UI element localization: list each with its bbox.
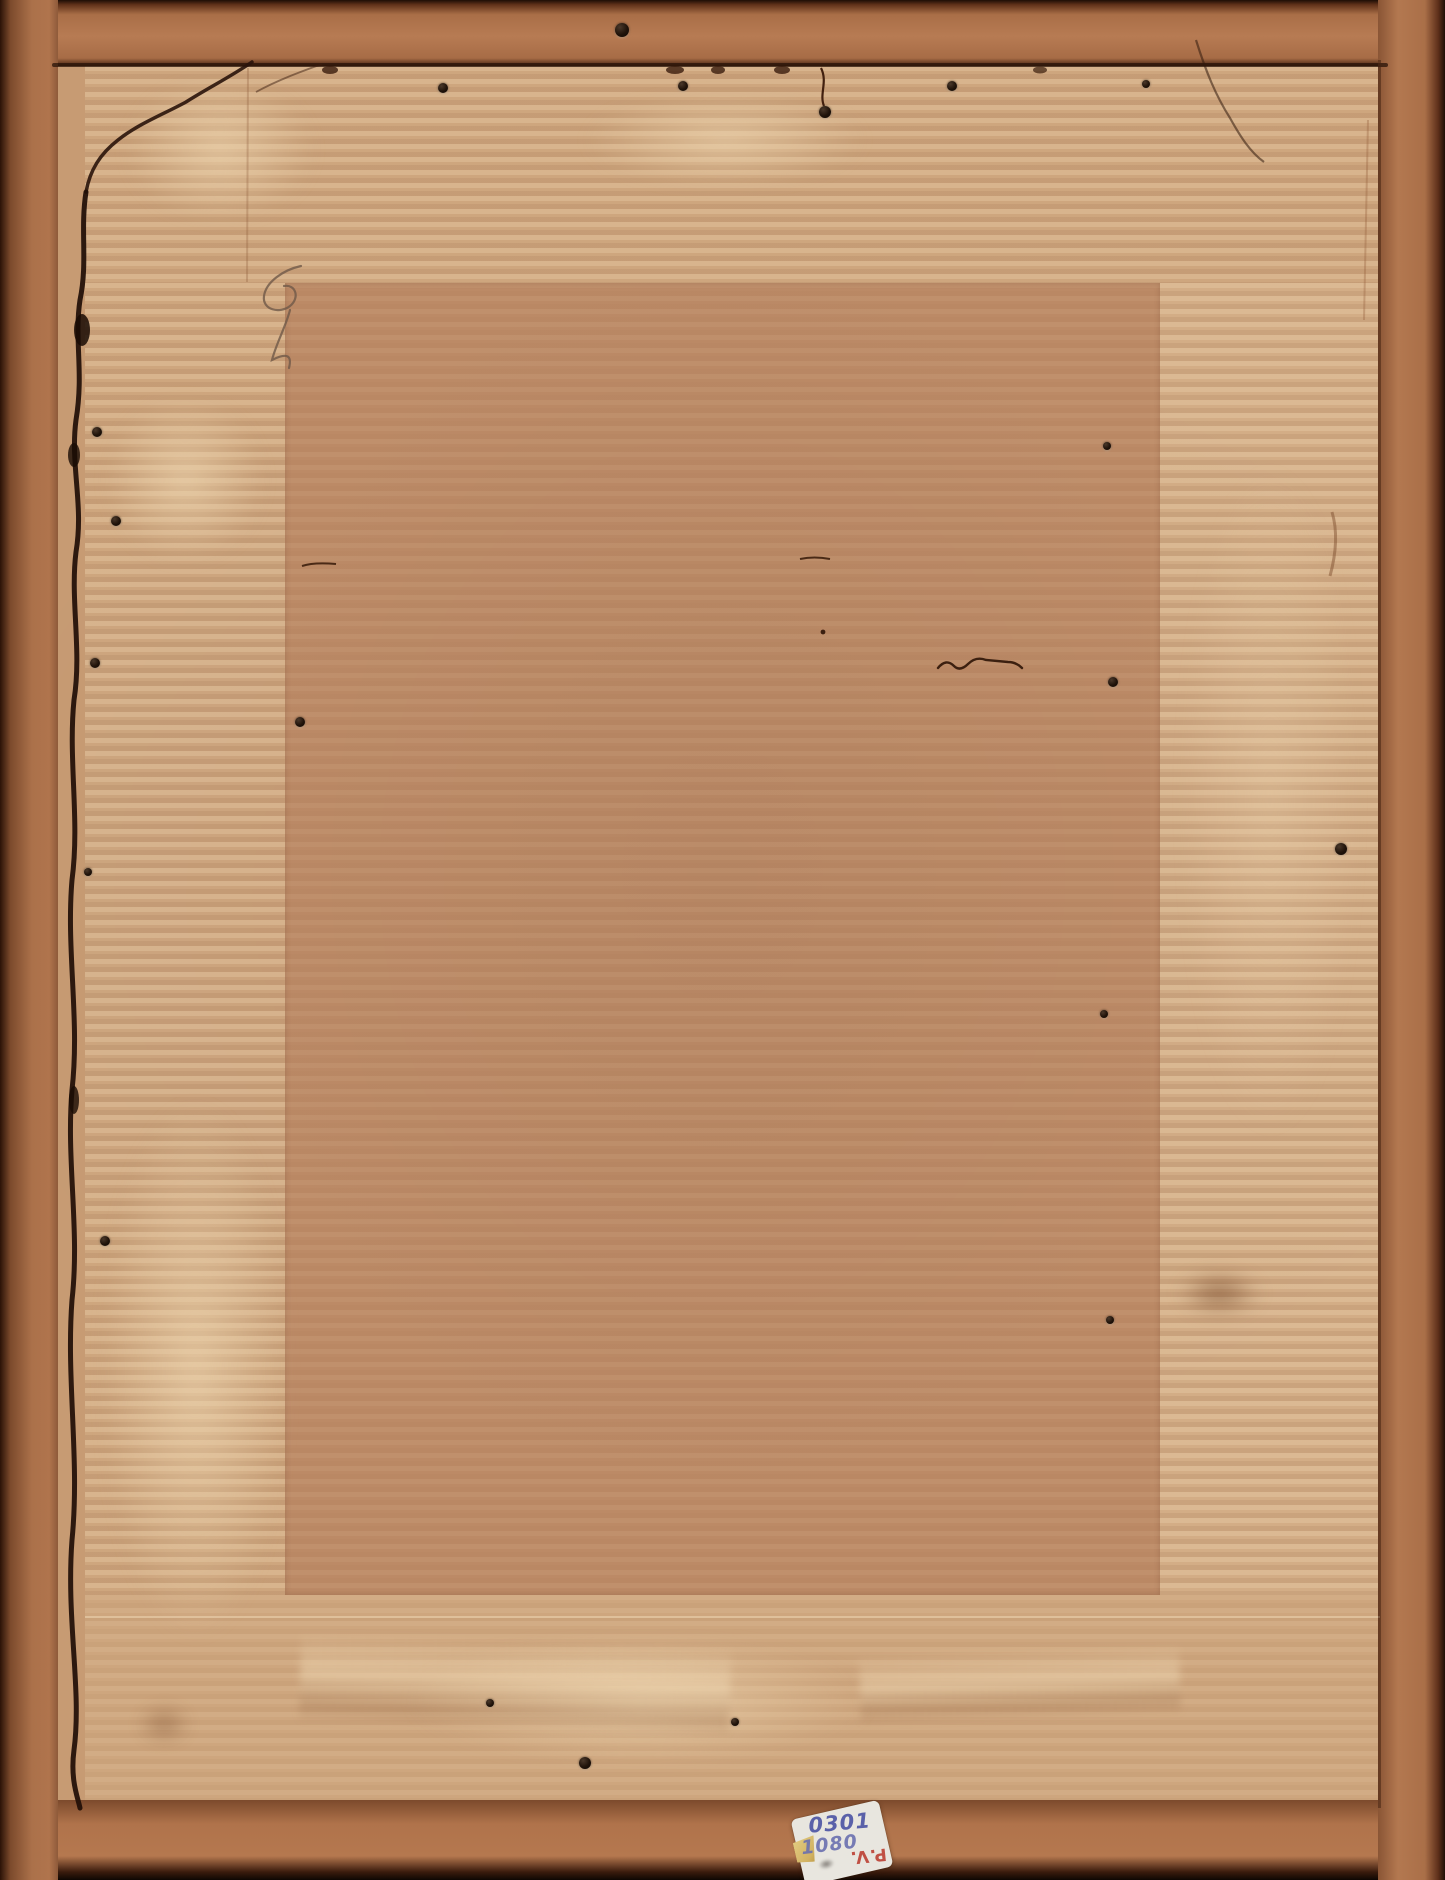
nail-head bbox=[100, 1236, 110, 1246]
framed-picture-back-photo: 0301 1080 P.V. bbox=[0, 0, 1445, 1880]
nail-head bbox=[90, 658, 100, 668]
nail-head bbox=[1103, 442, 1111, 450]
frame-rail-top bbox=[0, 0, 1445, 66]
nail-head bbox=[295, 717, 305, 727]
tape-band-bottom bbox=[85, 1595, 1380, 1805]
sticker-smudge bbox=[814, 1855, 839, 1874]
nail-head bbox=[731, 1718, 739, 1726]
nail-head bbox=[1100, 1010, 1108, 1018]
frame-rail-bottom bbox=[0, 1800, 1445, 1880]
nail-head bbox=[1106, 1316, 1114, 1324]
paper-edge-seam-top bbox=[52, 63, 1388, 67]
sticker-stamp-text: P.V. bbox=[848, 1844, 887, 1868]
backing-panel bbox=[285, 283, 1160, 1595]
nail-head bbox=[947, 81, 957, 91]
tape-band-left bbox=[85, 283, 285, 1595]
nail-head bbox=[1335, 843, 1347, 855]
nail-head bbox=[1142, 80, 1150, 88]
tape-band-top bbox=[85, 66, 1380, 283]
nail-head bbox=[579, 1757, 591, 1769]
nail-head bbox=[92, 427, 102, 437]
frame-rail-right bbox=[1378, 0, 1445, 1880]
nail-head bbox=[819, 106, 831, 118]
paper-fold-seam-right bbox=[1378, 60, 1381, 1808]
nail-head bbox=[111, 516, 121, 526]
nail-head bbox=[678, 81, 688, 91]
frame-rail-left bbox=[0, 0, 58, 1880]
corrugation-texture-panel bbox=[285, 283, 1160, 1595]
nail-head bbox=[615, 23, 629, 37]
nail-head bbox=[84, 868, 92, 876]
paper-edge-seam-bottom bbox=[85, 1616, 1380, 1618]
nail-head bbox=[486, 1699, 494, 1707]
nail-head bbox=[1108, 677, 1118, 687]
tape-band-right bbox=[1160, 283, 1380, 1595]
nail-head bbox=[438, 83, 448, 93]
